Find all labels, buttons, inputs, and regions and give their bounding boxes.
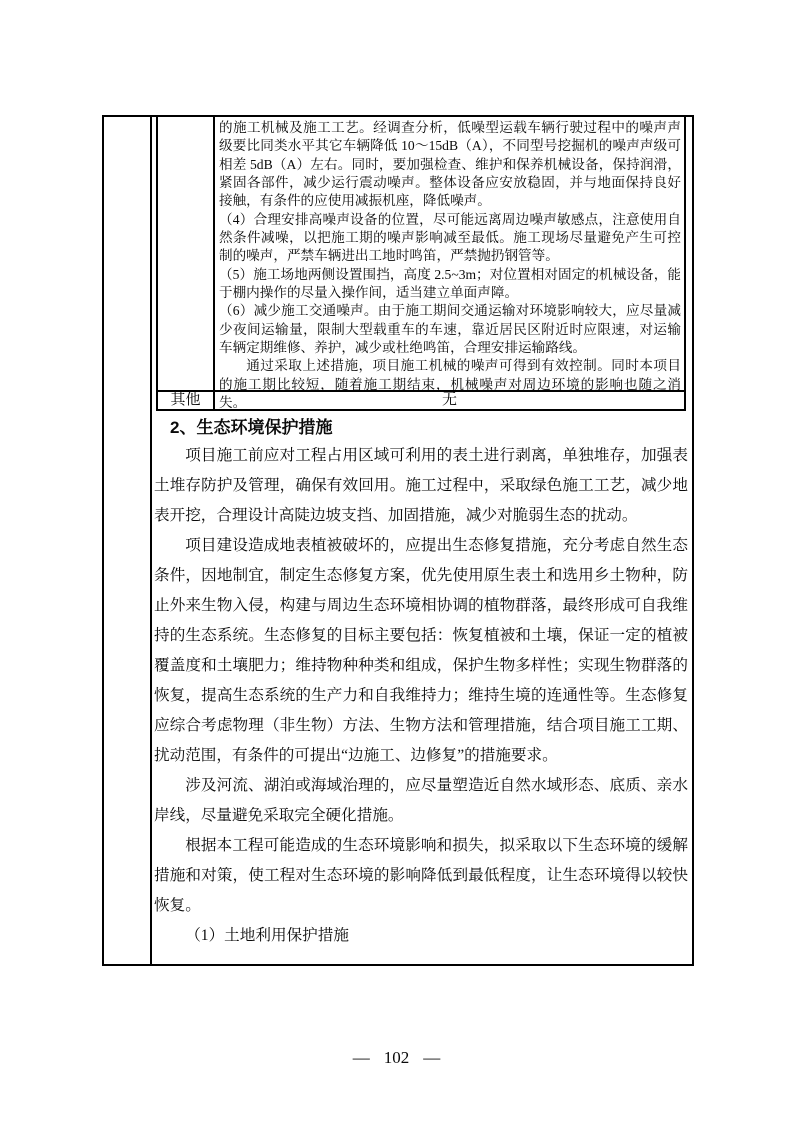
noise-paragraph: （5）施工场地两侧设置围挡，高度 2.5~3m；对位置相对固定的机械设备，能于棚…: [219, 266, 681, 303]
ecology-paragraph: 根据本工程可能造成的生态环境影响和损失，拟采取以下生态环境的缓解措施和对策，使工…: [154, 831, 688, 921]
other-row-label-cell: 其他: [158, 392, 215, 409]
ecology-section-body: 项目施工前应对工程占用区域可利用的表土进行剥离，单独堆存，加强表土堆存防护及管理…: [154, 441, 688, 951]
report-form-table: 的施工机械及施工工艺。经调查分析，低噪型运载车辆行驶过程中的噪声声级要比同类水平…: [102, 115, 694, 966]
ecology-paragraph: 项目施工前应对工程占用区域可利用的表土进行剥离，单独堆存，加强表土堆存防护及管理…: [154, 441, 688, 531]
ecology-paragraph: 项目建设造成地表植被破坏的，应提出生态修复措施，充分考虑自然生态条件，因地制宜，…: [154, 531, 688, 771]
other-row: 其他 无: [158, 390, 684, 409]
noise-paragraph: 的施工机械及施工工艺。经调查分析，低噪型运载车辆行驶过程中的噪声声级要比同类水平…: [219, 119, 681, 211]
noise-paragraph: （4）合理安排高噪声设备的位置，尽可能远离周边噪声敏感点，注意使用自然条件减噪，…: [219, 211, 681, 266]
other-row-label: 其他: [170, 393, 200, 408]
ecology-paragraph: 涉及河流、湖泊或海域治理的，应尽量塑造近自然水域形态、底质、亲水岸线，尽量避免采…: [154, 771, 688, 831]
noise-measures-row: 的施工机械及施工工艺。经调查分析，低噪型运载车辆行驶过程中的噪声声级要比同类水平…: [158, 117, 684, 390]
other-row-value-cell: 无: [215, 392, 684, 409]
ecology-section-heading: 2、生态环境保护措施: [154, 415, 688, 441]
noise-paragraph: （6）减少施工交通噪声。由于施工期间交通运输对环境影响较大，应尽量减少夜间运输量…: [219, 302, 681, 357]
other-row-value: 无: [442, 393, 457, 408]
ecology-section: 2、生态环境保护措施 项目施工前应对工程占用区域可利用的表土进行剥离，单独堆存，…: [154, 413, 688, 951]
noise-measures-label-cell: [158, 117, 215, 390]
ecology-paragraph: （1）土地利用保护措施: [154, 921, 688, 951]
page-footer: —102—: [0, 1046, 793, 1070]
table-left-column-divider: [150, 117, 152, 964]
noise-measures-content-cell: 的施工机械及施工工艺。经调查分析，低噪型运载车辆行驶过程中的噪声声级要比同类水平…: [215, 117, 684, 390]
footer-left-dash: —: [353, 1046, 370, 1070]
noise-measures-table: 的施工机械及施工工艺。经调查分析，低噪型运载车辆行驶过程中的噪声声级要比同类水平…: [156, 117, 686, 411]
footer-page-number: 102: [384, 1048, 410, 1067]
footer-right-dash: —: [423, 1046, 440, 1070]
